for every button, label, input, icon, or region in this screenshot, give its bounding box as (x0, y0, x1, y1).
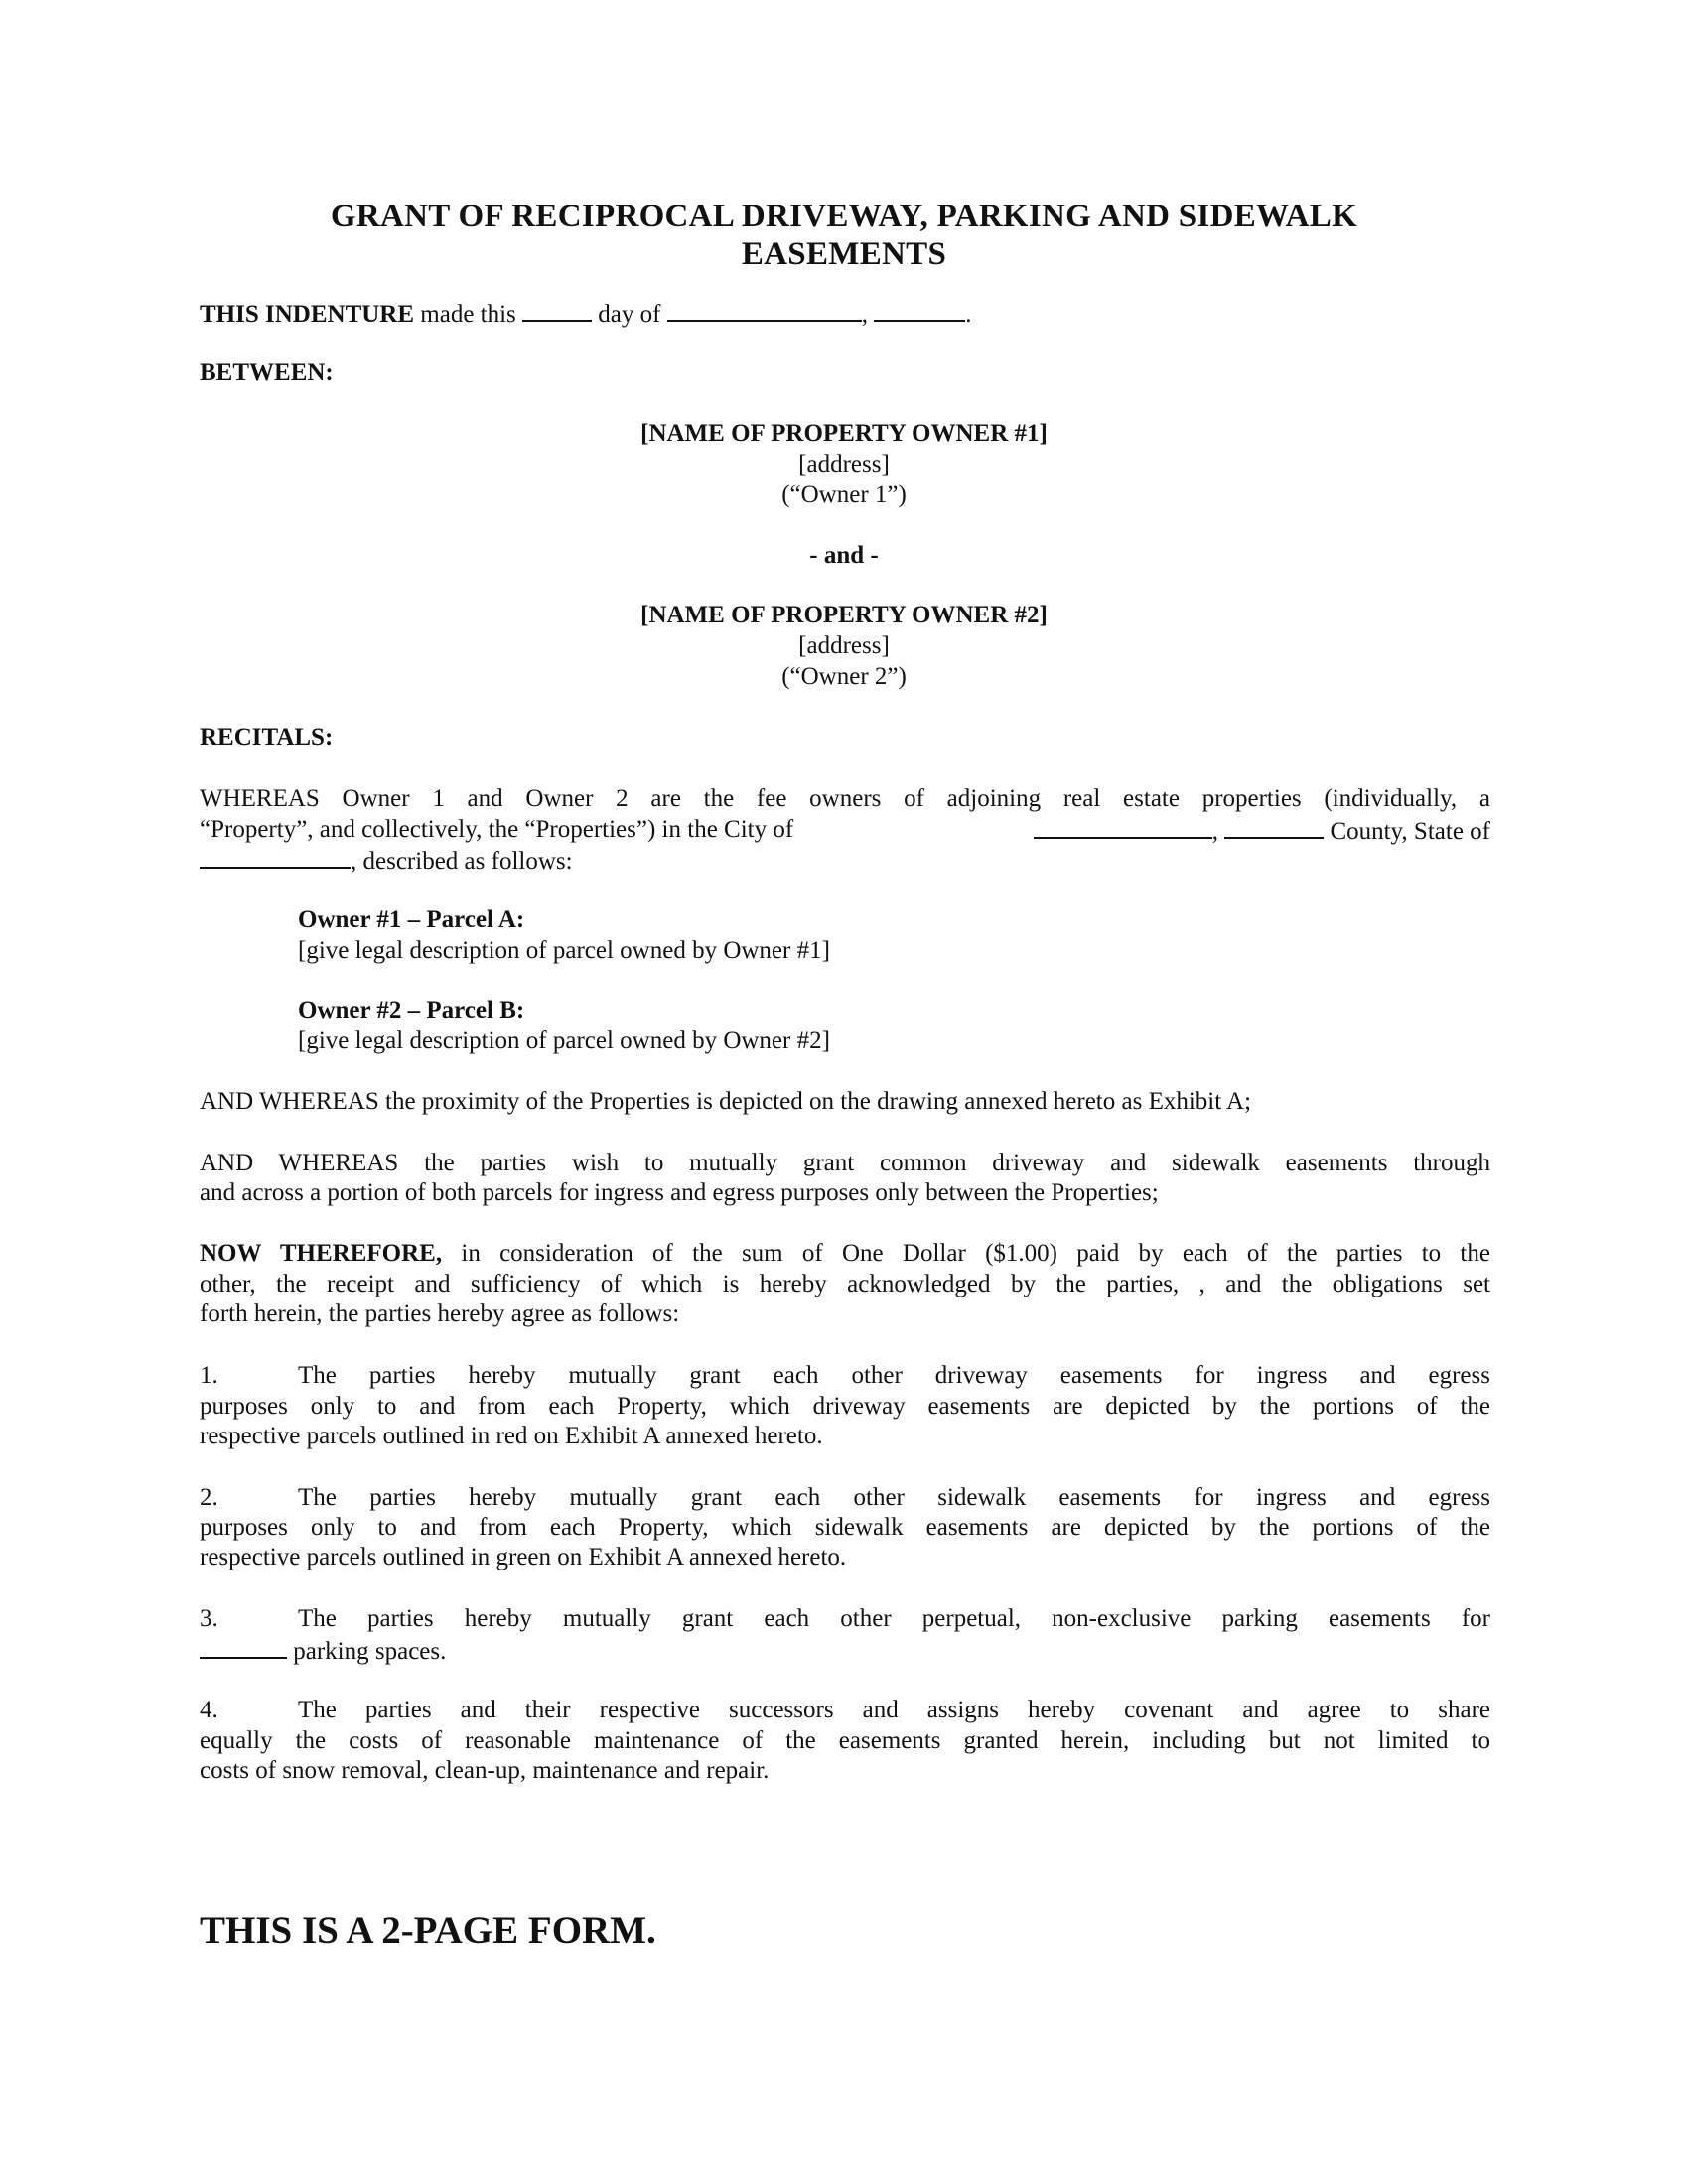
now-therefore-lead: NOW THEREFORE, (200, 1240, 442, 1267)
recitals-label: RECITALS: (200, 723, 333, 752)
whereas2: AND WHEREAS the proximity of the Propert… (200, 1087, 1251, 1117)
whereas3-line-2: and across a portion of both parcels for… (200, 1178, 1159, 1208)
city-blank[interactable] (1034, 815, 1212, 839)
indenture-lead: THIS INDENTURE (200, 301, 414, 328)
clause-1-line-1: 1. The parties hereby mutually grant eac… (200, 1361, 1490, 1391)
parking-spaces-blank[interactable] (200, 1635, 287, 1659)
clause-3-line-2: parking spaces. (200, 1635, 446, 1667)
clause-1-line-3: respective parcels outlined in red on Ex… (200, 1422, 823, 1451)
document-title-line-2: EASEMENTS (0, 235, 1688, 273)
whereas3-line-1: AND WHEREAS the parties wish to mutually… (200, 1149, 1490, 1178)
and-separator: - and - (0, 541, 1688, 571)
whereas1-line-1: WHEREAS Owner 1 and Owner 2 are the fee … (200, 784, 1490, 814)
clause-text: The parties hereby mutually grant each o… (298, 1483, 1490, 1513)
clause-number: 3. (200, 1604, 298, 1634)
clause-2-line-3: respective parcels outlined in green on … (200, 1543, 846, 1572)
owner1-address: [address] (0, 450, 1688, 479)
document-title-line-1: GRANT OF RECIPROCAL DRIVEWAY, PARKING AN… (0, 198, 1688, 235)
clause-text: The parties hereby mutually grant each o… (298, 1604, 1490, 1634)
now-therefore-line-2: other, the receipt and sufficiency of wh… (200, 1270, 1490, 1299)
whereas1-line-3: , described as follows: (200, 845, 573, 877)
clause-4-line-1: 4. The parties and their respective succ… (200, 1696, 1490, 1725)
indenture-text: . (965, 301, 971, 328)
indenture-line: THIS INDENTURE made this day of , . (200, 298, 971, 330)
owner1-alias: (“Owner 1”) (0, 480, 1688, 510)
month-blank[interactable] (667, 298, 862, 322)
clause-text: The parties and their respective success… (298, 1696, 1490, 1725)
clause-4-line-2: equally the costs of reasonable maintena… (200, 1726, 1490, 1756)
now-therefore-text: in consideration of the sum of One Dolla… (442, 1240, 1490, 1267)
indenture-text: , (862, 301, 875, 328)
clause-number: 2. (200, 1483, 298, 1513)
owner2-name: [NAME OF PROPERTY OWNER #2] (0, 601, 1688, 630)
clause-2-line-2: purposes only to and from each Property,… (200, 1513, 1490, 1543)
county-blank[interactable] (1224, 815, 1324, 839)
owner1-name: [NAME OF PROPERTY OWNER #1] (0, 419, 1688, 449)
whereas1-text: “Property”, and collectively, the “Prope… (200, 815, 793, 847)
document-page: GRANT OF RECIPROCAL DRIVEWAY, PARKING AN… (0, 0, 1688, 2184)
clause-number: 4. (200, 1696, 298, 1725)
now-therefore-line-3: forth herein, the parties hereby agree a… (200, 1299, 679, 1329)
page-count-notice: THIS IS A 2-PAGE FORM. (200, 1909, 656, 1953)
clause-4-line-3: costs of snow removal, clean-up, mainten… (200, 1756, 769, 1786)
clause-3-line-1: 3. The parties hereby mutually grant eac… (200, 1604, 1490, 1634)
parcel-a-heading: Owner #1 – Parcel A: (298, 905, 524, 935)
year-blank[interactable] (874, 298, 965, 322)
clause-2-line-1: 2. The parties hereby mutually grant eac… (200, 1483, 1490, 1513)
parcel-a-description: [give legal description of parcel owned … (298, 936, 830, 966)
day-blank[interactable] (522, 298, 592, 322)
state-blank[interactable] (200, 845, 351, 869)
clause-1-line-2: purposes only to and from each Property,… (200, 1392, 1490, 1422)
whereas1-text: County, State of (1324, 818, 1490, 845)
indenture-text: day of (592, 301, 667, 328)
whereas1-line-2: “Property”, and collectively, the “Prope… (200, 815, 1490, 847)
clause-text: The parties hereby mutually grant each o… (298, 1361, 1490, 1391)
owner2-address: [address] (0, 631, 1688, 661)
now-therefore-line-1: NOW THEREFORE, in consideration of the s… (200, 1239, 1490, 1269)
indenture-text: made this (414, 301, 522, 328)
parcel-b-heading: Owner #2 – Parcel B: (298, 996, 524, 1025)
whereas1-text: , described as follows: (351, 848, 573, 875)
clause-text: parking spaces. (287, 1638, 446, 1665)
owner2-alias: (“Owner 2”) (0, 662, 1688, 692)
parcel-b-description: [give legal description of parcel owned … (298, 1026, 830, 1056)
whereas1-text: , (1212, 818, 1225, 845)
clause-number: 1. (200, 1361, 298, 1391)
between-label: BETWEEN: (200, 358, 334, 388)
